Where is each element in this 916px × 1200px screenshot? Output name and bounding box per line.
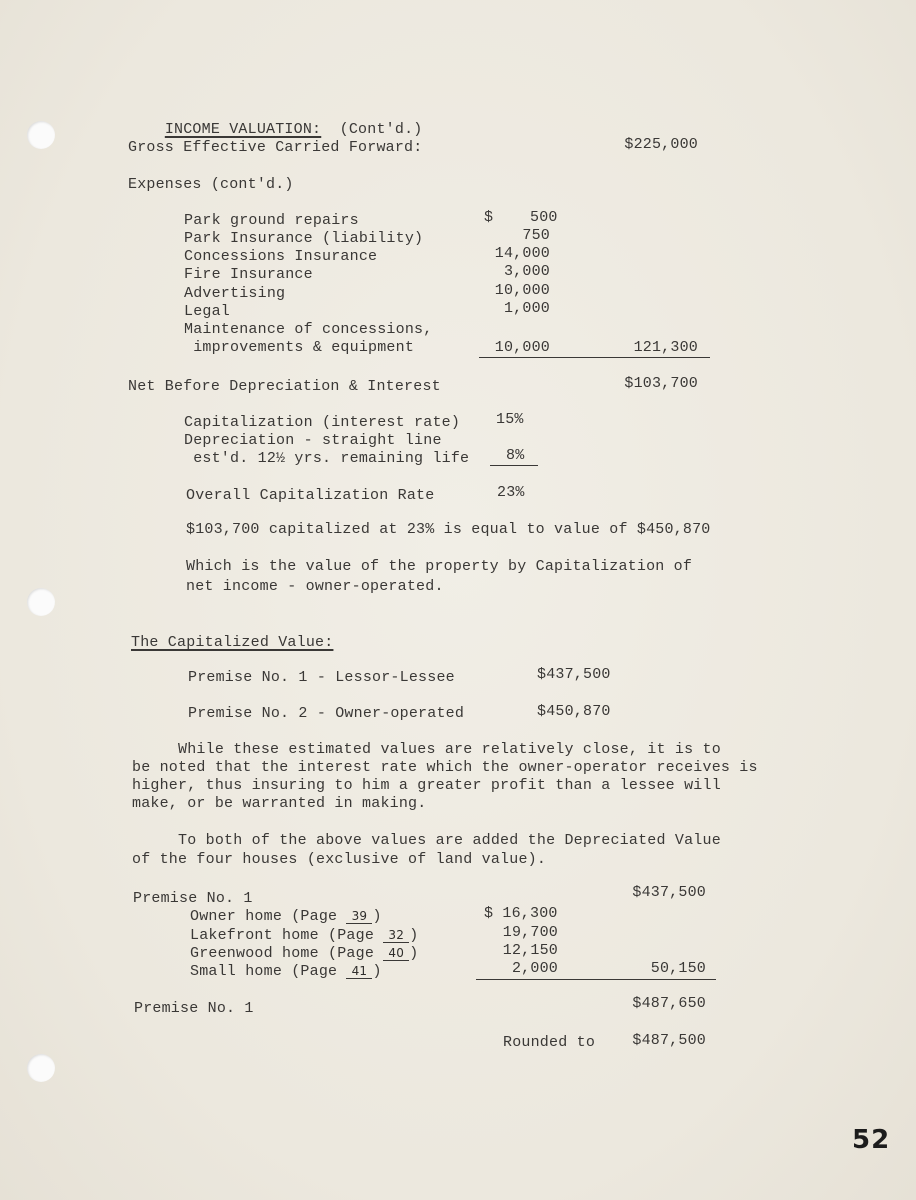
expense-label: Legal — [184, 303, 230, 321]
section-title-suffix: (Cont'd.) — [340, 121, 423, 138]
binder-hole-bottom — [27, 1054, 55, 1082]
house-label: Greenwood home (Page — [190, 945, 383, 962]
expense-value: $ 500 — [484, 209, 558, 227]
expenses-heading: Expenses (cont'd.) — [128, 176, 294, 194]
binder-hole-middle — [27, 588, 55, 616]
rate-label: Depreciation - straight line — [184, 432, 442, 450]
expense-value: 14,000 — [470, 245, 550, 263]
final-premise-label: Premise No. 1 — [134, 1000, 254, 1018]
expense-label: Fire Insurance — [184, 266, 313, 284]
house-label: Small home (Page — [190, 963, 346, 980]
house-value: 12,150 — [474, 942, 558, 960]
document-page: INCOME VALUATION: (Cont'd.) Gross Effect… — [0, 0, 916, 1200]
expense-value: 1,000 — [470, 300, 550, 318]
rounded-label: Rounded to — [503, 1034, 595, 1052]
handwritten-page-number: 32 — [383, 929, 409, 943]
expense-value: 10,000 — [470, 282, 550, 300]
expense-value: 3,000 — [470, 263, 550, 281]
house-row: Owner home (Page 39) — [190, 908, 382, 926]
paragraph-line: be noted that the interest rate which th… — [132, 759, 758, 777]
capitalized-value-heading: The Capitalized Value: — [131, 634, 333, 652]
house-label: Owner home (Page — [190, 908, 346, 925]
paragraph-line: of the four houses (exclusive of land va… — [132, 851, 546, 869]
expense-label: Concessions Insurance — [184, 248, 377, 266]
paragraph-line: higher, thus insuring to him a greater p… — [132, 777, 721, 795]
houses-premise-value: $437,500 — [600, 884, 706, 902]
rounded-value: $487,500 — [600, 1032, 706, 1050]
expense-label: Park ground repairs — [184, 212, 359, 230]
expense-value: 10,000 — [470, 339, 550, 357]
houses-total-rule — [476, 979, 716, 980]
handwritten-page-number: 41 — [346, 965, 372, 979]
rate-label: Capitalization (interest rate) — [184, 414, 460, 432]
section-title-text: INCOME VALUATION: — [165, 121, 321, 138]
rates-subtotal-rule — [490, 465, 538, 466]
net-before-value: $103,700 — [600, 375, 698, 393]
which-statement-line-1: Which is the value of the property by Ca… — [186, 558, 692, 576]
paragraph-line: While these estimated values are relativ… — [132, 741, 721, 759]
expense-label: Park Insurance (liability) — [184, 230, 423, 248]
binder-hole-top — [27, 121, 55, 149]
house-value: $ 16,300 — [484, 905, 558, 923]
gross-effective-value: $225,000 — [600, 136, 698, 154]
expenses-total: 121,300 — [600, 339, 698, 357]
gross-effective-label: Gross Effective Carried Forward: — [128, 139, 422, 157]
premise-label: Premise No. 2 - Owner-operated — [188, 705, 464, 723]
expense-value: 750 — [470, 227, 550, 245]
premise-label: Premise No. 1 - Lessor-Lessee — [188, 669, 455, 687]
paragraph-line: To both of the above values are added th… — [132, 832, 721, 850]
premise-value: $450,870 — [537, 703, 611, 721]
final-premise-value: $487,650 — [600, 995, 706, 1013]
handwritten-page-number: 40 — [383, 947, 409, 961]
houses-premise-label: Premise No. 1 — [133, 890, 253, 908]
overall-rate-label: Overall Capitalization Rate — [186, 487, 434, 505]
rate-value: 15% — [496, 411, 524, 429]
paragraph-line: make, or be warranted in making. — [132, 795, 426, 813]
overall-rate-value: 23% — [497, 484, 525, 502]
which-statement-line-2: net income - owner-operated. — [186, 578, 444, 596]
handwritten-page-number: 39 — [346, 910, 372, 924]
house-value: 19,700 — [474, 924, 558, 942]
rate-value: 8% — [506, 447, 524, 465]
house-label: Lakefront home (Page — [190, 927, 383, 944]
rate-label: est'd. 12½ yrs. remaining life — [184, 450, 469, 468]
expense-label: Advertising — [184, 285, 285, 303]
premise-value: $437,500 — [537, 666, 611, 684]
house-row: Small home (Page 41) — [190, 963, 382, 981]
net-before-label: Net Before Depreciation & Interest — [128, 378, 441, 396]
expense-label: improvements & equipment — [184, 339, 414, 357]
house-row: Lakefront home (Page 32) — [190, 927, 418, 945]
capitalized-statement: $103,700 capitalized at 23% is equal to … — [186, 521, 710, 539]
house-value: 2,000 — [474, 960, 558, 978]
page-number: 52 — [852, 1125, 890, 1155]
expenses-total-rule — [479, 357, 710, 358]
house-row: Greenwood home (Page 40) — [190, 945, 418, 963]
houses-total: 50,150 — [600, 960, 706, 978]
expense-label: Maintenance of concessions, — [184, 321, 432, 339]
